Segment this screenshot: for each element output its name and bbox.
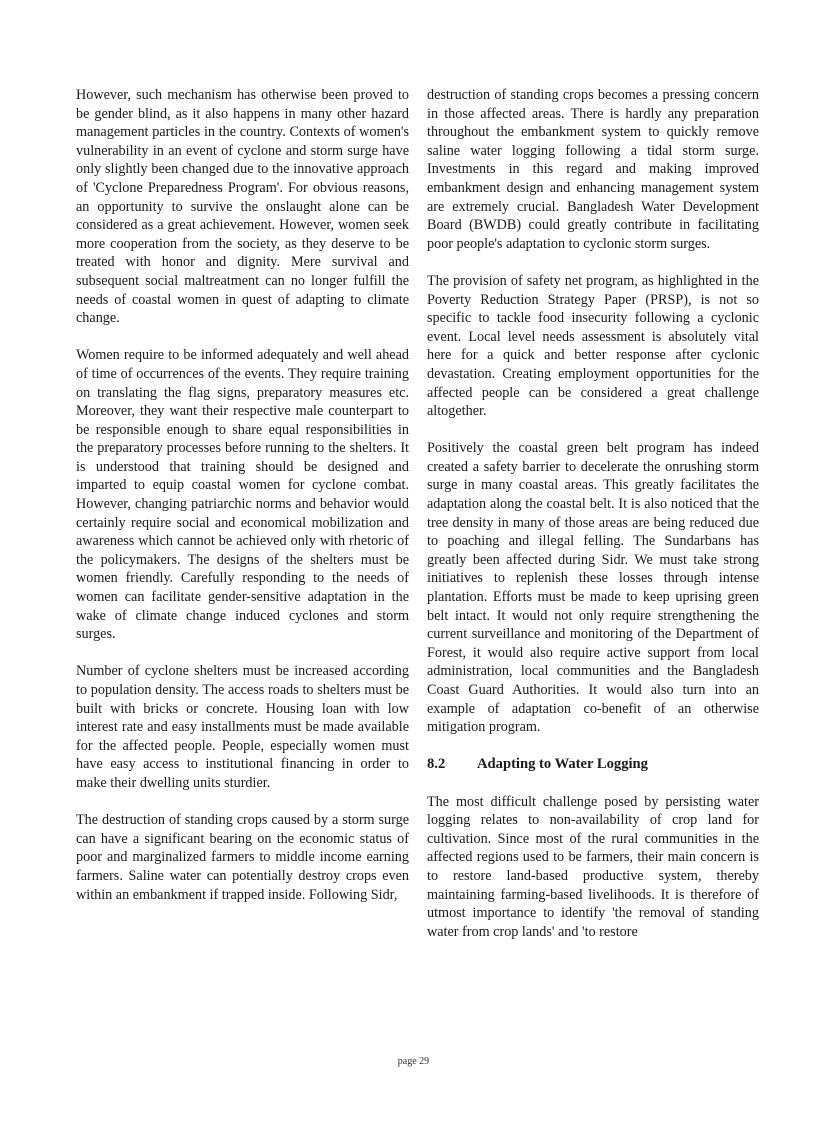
paragraph-crop-destruction: The destruction of standing crops caused… (76, 811, 409, 904)
paragraph-women-informed: Women require to be informed adequately … (76, 346, 409, 644)
section-title: Adapting to Water Logging (477, 755, 648, 774)
section-number: 8.2 (427, 755, 477, 774)
paragraph-water-logging: The most difficult challenge posed by pe… (427, 793, 759, 942)
paragraph-crop-destruction-cont: destruction of standing crops becomes a … (427, 86, 759, 253)
right-column: destruction of standing crops becomes a … (427, 86, 759, 941)
paragraph-green-belt: Positively the coastal green belt progra… (427, 439, 759, 737)
page-number: page 29 (0, 1056, 827, 1067)
section-heading: 8.2 Adapting to Water Logging (427, 755, 759, 774)
paragraph-cyclone-shelters: Number of cyclone shelters must be incre… (76, 662, 409, 792)
left-column: However, such mechanism has otherwise be… (76, 86, 409, 904)
paragraph-safety-net: The provision of safety net program, as … (427, 272, 759, 421)
paragraph-gender-blind: However, such mechanism has otherwise be… (76, 86, 409, 328)
